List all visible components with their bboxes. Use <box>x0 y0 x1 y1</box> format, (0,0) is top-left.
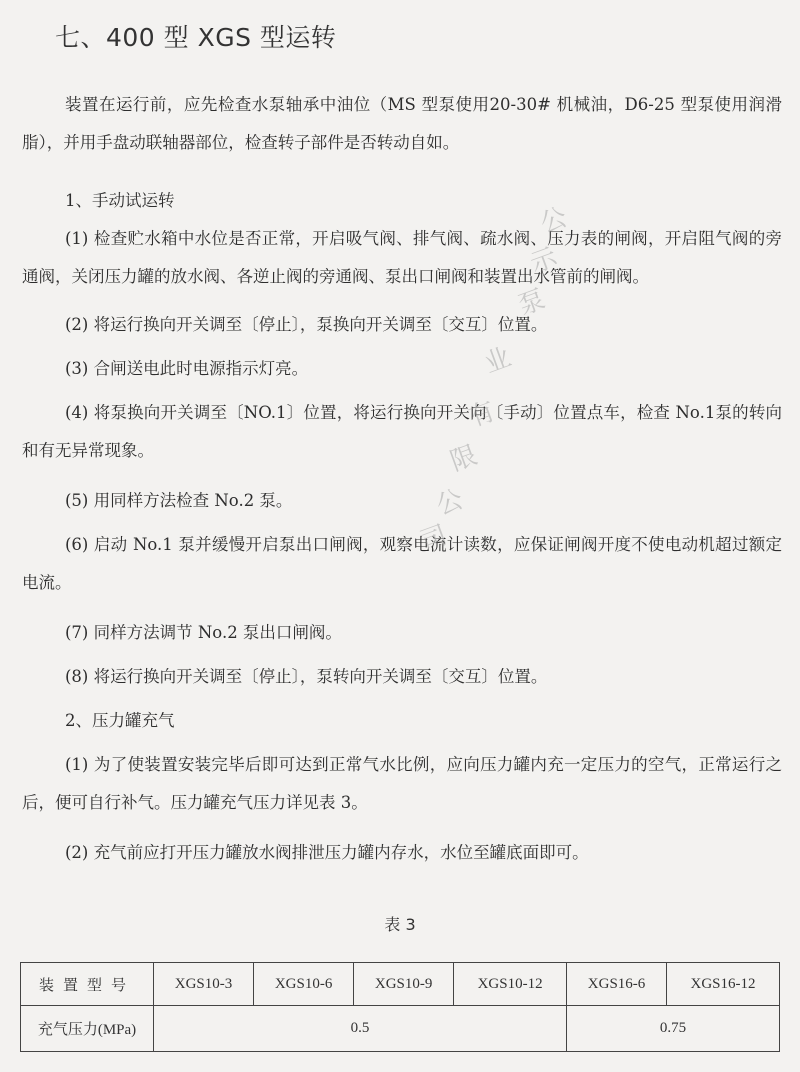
table-caption: 表 3 <box>0 912 800 935</box>
document-page: 七、400 型 XGS 型运转 装置在运行前，应先检查水泵轴承中油位（MS 型泵… <box>0 0 800 1072</box>
step-2: (2) 将运行换向开关调至〔停止〕，泵换向开关调至〔交互〕位置。 <box>22 306 782 344</box>
intro-paragraph: 装置在运行前，应先检查水泵轴承中油位（MS 型泵使用20-30# 机械油，D6-… <box>22 86 782 162</box>
pressure-value-cell: 0.5 <box>154 1006 567 1052</box>
section-heading-tank-charging: 2、压力罐充气 <box>65 702 175 740</box>
page-title: 七、400 型 XGS 型运转 <box>55 18 336 54</box>
table-row-pressure: 充气压力(MPa) 0.5 0.75 <box>21 1006 780 1052</box>
pressure-value-cell: 0.75 <box>567 1006 780 1052</box>
table-row-models: 装置型号 XGS10-3 XGS10-6 XGS10-9 XGS10-12 XG… <box>21 963 780 1006</box>
header-label-cell: 装置型号 <box>21 963 154 1006</box>
step-4: (4) 将泵换向开关调至〔NO.1〕位置，将运行换向开关向〔手动〕位置点车，检查… <box>22 394 782 470</box>
charge-step-2: (2) 充气前应打开压力罐放水阀排泄压力罐内存水，水位至罐底面即可。 <box>22 834 782 872</box>
step-8: (8) 将运行换向开关调至〔停止〕，泵转向开关调至〔交互〕位置。 <box>22 658 782 696</box>
row-label-cell: 充气压力(MPa) <box>21 1006 154 1052</box>
step-5: (5) 用同样方法检查 No.2 泵。 <box>22 482 782 520</box>
model-cell: XGS16-6 <box>567 963 667 1006</box>
step-6: (6) 启动 No.1 泵并缓慢开启泵出口闸阀，观察电流计读数，应保证闸阀开度不… <box>22 526 782 602</box>
model-cell: XGS10-12 <box>454 963 567 1006</box>
charge-step-1: (1) 为了使装置安装完毕后即可达到正常气水比例，应向压力罐内充一定压力的空气，… <box>22 746 782 822</box>
pressure-table: 装置型号 XGS10-3 XGS10-6 XGS10-9 XGS10-12 XG… <box>20 962 780 1052</box>
model-cell: XGS10-9 <box>354 963 454 1006</box>
model-cell: XGS10-3 <box>154 963 254 1006</box>
step-1: (1) 检查贮水箱中水位是否正常，开启吸气阀、排气阀、疏水阀、压力表的闸阀，开启… <box>22 220 782 296</box>
model-cell: XGS16-12 <box>667 963 780 1006</box>
model-cell: XGS10-6 <box>254 963 354 1006</box>
step-7: (7) 同样方法调节 No.2 泵出口闸阀。 <box>22 614 782 652</box>
step-3: (3) 合闸送电此时电源指示灯亮。 <box>22 350 782 388</box>
section-heading-manual-test: 1、手动试运转 <box>65 182 175 220</box>
